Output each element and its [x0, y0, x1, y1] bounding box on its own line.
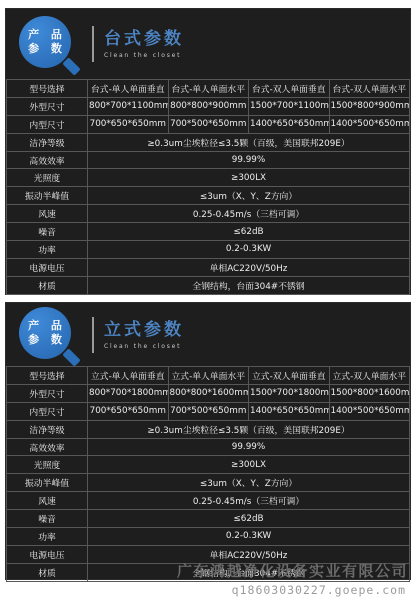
row-label: 内型尺寸 — [7, 402, 88, 420]
panel-header: 产 品 参 数 台式参数 Clean the closet — [6, 9, 410, 79]
row-value: 1400*500*650mm — [329, 402, 410, 420]
table-row: 外型尺寸800*700*1100mm800*800*900mm1500*700*… — [7, 97, 410, 115]
row-label: 型号选择 — [7, 367, 88, 385]
row-value-merged: ≤3um（X、Y、Z方向） — [88, 187, 410, 205]
table-row: 光照度≥300LX — [7, 456, 410, 474]
row-value: 立式-双人单面水平 — [329, 367, 410, 385]
badge-text-line2: 参 数 — [24, 42, 66, 56]
title-block: 立式参数 Clean the closet — [104, 315, 184, 350]
table-row: 噪音≤62dB — [7, 223, 410, 241]
table-row: 材质全钢结构，台面304#不锈钢 — [7, 276, 410, 294]
row-value: 1400*650*650mm — [249, 115, 330, 133]
row-label: 风速 — [7, 492, 88, 510]
row-value: 台式-单人单面垂直 — [88, 80, 169, 98]
table-row: 功率0.2-0.3KW — [7, 528, 410, 546]
row-value: 700*500*650mm — [168, 402, 249, 420]
table-row: 振动半峰值≤3um（X、Y、Z方向） — [7, 187, 410, 205]
table-row: 风速0.25-0.45m/s（三档可调） — [7, 492, 410, 510]
panel-title: 立式参数 — [104, 315, 184, 340]
table-row: 洁净等级≥0.3um尘埃粒径≤3.5颗（百级，美国联邦209E） — [7, 420, 410, 438]
panel-title: 台式参数 — [104, 24, 184, 49]
table-row: 噪音≤62dB — [7, 510, 410, 528]
badge-text-line2: 参 数 — [24, 333, 66, 347]
row-value-merged: 0.2-0.3KW — [88, 241, 410, 259]
badge-text-line1: 产 品 — [24, 319, 66, 333]
company-watermark: 广东鸿越净化设备实业有限公司 — [177, 560, 408, 581]
row-label: 高效效率 — [7, 151, 88, 169]
table-row: 振动半峰值≤3um（X、Y、Z方向） — [7, 474, 410, 492]
row-label: 噪音 — [7, 510, 88, 528]
row-value-merged: 全钢结构，台面304#不锈钢 — [88, 276, 410, 294]
row-value: 立式-单人单面水平 — [168, 367, 249, 385]
row-value: 1500*800*900mm — [329, 97, 410, 115]
row-value: 700*500*650mm — [168, 115, 249, 133]
panel-subtitle: Clean the closet — [104, 343, 184, 350]
row-value: 台式-双人单面水平 — [329, 80, 410, 98]
spec-table-desktop: 型号选择台式-单人单面垂直台式-单人单面水平台式-双人单面垂直台式-双人单面水平… — [6, 79, 410, 295]
table-row: 高效效率99.99% — [7, 438, 410, 456]
table-row: 外型尺寸800*700*1800mm800*800*1600mm1500*700… — [7, 384, 410, 402]
row-label: 振动半峰值 — [7, 187, 88, 205]
row-label: 光照度 — [7, 169, 88, 187]
row-value-merged: 99.99% — [88, 438, 410, 456]
panel-desktop-params: 产 品 参 数 台式参数 Clean the closet 型号选择台式-单人单… — [5, 8, 411, 295]
row-value-merged: ≤62dB — [88, 223, 410, 241]
row-value: 台式-双人单面垂直 — [249, 80, 330, 98]
row-value-merged: ≥300LX — [88, 169, 410, 187]
row-label: 高效效率 — [7, 438, 88, 456]
row-value: 1500*700*1800mm — [249, 384, 330, 402]
magnifier-circle-icon: 产 品 参 数 — [19, 307, 71, 359]
row-value-merged: 0.25-0.45m/s（三档可调） — [88, 205, 410, 223]
row-label: 外型尺寸 — [7, 384, 88, 402]
row-value: 800*700*1100mm — [88, 97, 169, 115]
table-row: 光照度≥300LX — [7, 169, 410, 187]
row-value: 800*800*1600mm — [168, 384, 249, 402]
page: 产 品 参 数 台式参数 Clean the closet 型号选择台式-单人单… — [0, 0, 416, 600]
row-label: 功率 — [7, 241, 88, 259]
product-params-badge: 产 品 参 数 — [19, 16, 79, 76]
table-row: 型号选择台式-单人单面垂直台式-单人单面水平台式-双人单面垂直台式-双人单面水平 — [7, 80, 410, 98]
url-watermark: q18603030227.goepe.com — [232, 583, 406, 597]
row-value-merged: ≥300LX — [88, 456, 410, 474]
title-divider — [92, 26, 94, 62]
title-divider — [92, 317, 94, 353]
row-value: 800*800*900mm — [168, 97, 249, 115]
row-label: 振动半峰值 — [7, 474, 88, 492]
row-value: 700*650*650mm — [88, 402, 169, 420]
table-row: 内型尺寸700*650*650mm700*500*650mm1400*650*6… — [7, 115, 410, 133]
panel-subtitle: Clean the closet — [104, 52, 184, 59]
row-value: 立式-双人单面垂直 — [249, 367, 330, 385]
magnifier-handle-icon — [62, 348, 80, 366]
row-label: 电源电压 — [7, 258, 88, 276]
badge-text-line1: 产 品 — [24, 28, 66, 42]
table-row: 功率0.2-0.3KW — [7, 241, 410, 259]
table-row: 风速0.25-0.45m/s（三档可调） — [7, 205, 410, 223]
row-value-merged: ≤3um（X、Y、Z方向） — [88, 474, 410, 492]
row-label: 光照度 — [7, 456, 88, 474]
row-value: 1400*500*650mm — [329, 115, 410, 133]
row-label: 内型尺寸 — [7, 115, 88, 133]
row-value: 台式-单人单面水平 — [168, 80, 249, 98]
row-label: 噪音 — [7, 223, 88, 241]
row-value-merged: 0.2-0.3KW — [88, 528, 410, 546]
magnifier-circle-icon: 产 品 参 数 — [19, 16, 71, 68]
row-value-merged: ≥0.3um尘埃粒径≤3.5颗（百级，美国联邦209E） — [88, 420, 410, 438]
row-label: 风速 — [7, 205, 88, 223]
row-label: 材质 — [7, 563, 88, 581]
row-value: 1400*650*650mm — [249, 402, 330, 420]
magnifier-handle-icon — [62, 57, 80, 75]
row-value: 1500*700*1100mm — [249, 97, 330, 115]
row-label: 材质 — [7, 276, 88, 294]
row-value: 立式-单人单面垂直 — [88, 367, 169, 385]
row-label: 外型尺寸 — [7, 97, 88, 115]
row-label: 型号选择 — [7, 80, 88, 98]
panel-header: 产 品 参 数 立式参数 Clean the closet — [6, 303, 410, 366]
row-value: 800*700*1800mm — [88, 384, 169, 402]
row-label: 洁净等级 — [7, 420, 88, 438]
table-row: 型号选择立式-单人单面垂直立式-单人单面水平立式-双人单面垂直立式-双人单面水平 — [7, 367, 410, 385]
spec-table-vertical: 型号选择立式-单人单面垂直立式-单人单面水平立式-双人单面垂直立式-双人单面水平… — [6, 366, 410, 582]
row-value: 1500*800*1600mm — [329, 384, 410, 402]
table-row: 高效效率99.99% — [7, 151, 410, 169]
title-block: 台式参数 Clean the closet — [104, 24, 184, 59]
row-value: 700*650*650mm — [88, 115, 169, 133]
table-row: 内型尺寸700*650*650mm700*500*650mm1400*650*6… — [7, 402, 410, 420]
row-value-merged: 99.99% — [88, 151, 410, 169]
row-label: 电源电压 — [7, 545, 88, 563]
row-value-merged: ≤62dB — [88, 510, 410, 528]
panel-vertical-params: 产 品 参 数 立式参数 Clean the closet 型号选择立式-单人单… — [5, 302, 411, 580]
table-row: 洁净等级≥0.3um尘埃粒径≤3.5颗（百级，美国联邦209E） — [7, 133, 410, 151]
row-value-merged: 0.25-0.45m/s（三档可调） — [88, 492, 410, 510]
row-value-merged: ≥0.3um尘埃粒径≤3.5颗（百级，美国联邦209E） — [88, 133, 410, 151]
table-row: 电源电压单相AC220V/50Hz — [7, 258, 410, 276]
row-label: 洁净等级 — [7, 133, 88, 151]
row-value-merged: 单相AC220V/50Hz — [88, 258, 410, 276]
product-params-badge: 产 品 参 数 — [19, 307, 79, 367]
row-label: 功率 — [7, 528, 88, 546]
